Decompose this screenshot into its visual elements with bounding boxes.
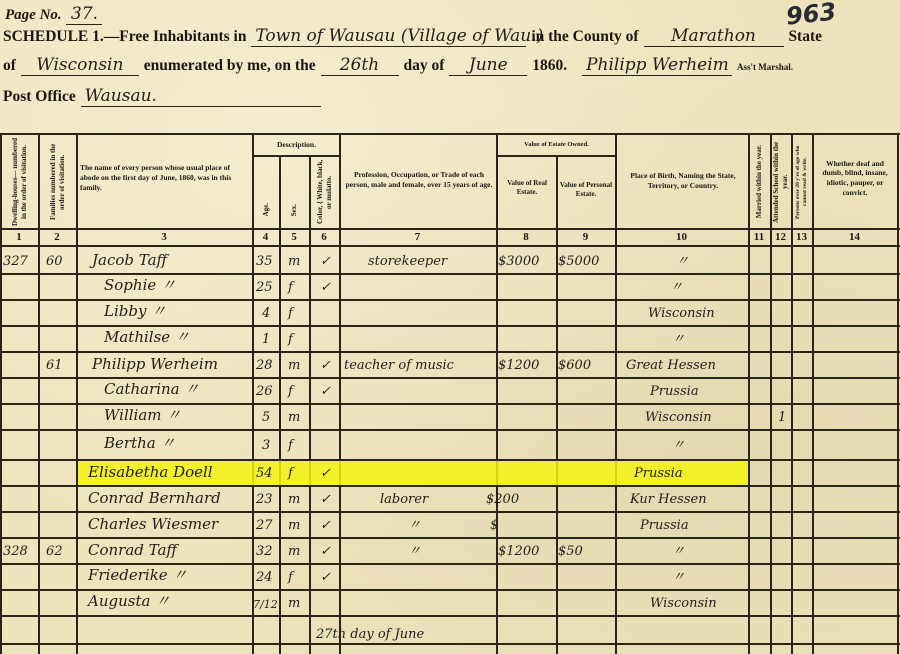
header-real-estate: Value of Real Estate. <box>500 173 554 203</box>
personal-estate-value: $600 <box>558 354 591 375</box>
birthplace: 〃 <box>676 250 689 271</box>
occupation: laborer <box>380 488 428 509</box>
occupation: 〃 <box>408 514 421 535</box>
birthplace: 〃 <box>670 276 683 297</box>
county-field: Marathon <box>671 26 756 46</box>
color-mark: ✓ <box>320 540 331 561</box>
header-occupation: Profession, Occupation, or Trade of each… <box>344 155 494 205</box>
colnum: 6 <box>309 229 339 245</box>
sex: m <box>288 488 300 509</box>
header-color: Color, { White, black, or mulatto. <box>311 157 339 227</box>
birthplace: Wisconsin <box>645 406 712 427</box>
colnum: 10 <box>615 229 748 245</box>
person-name: Conrad Taff <box>88 540 177 561</box>
person-name: Jacob Taff <box>92 250 167 271</box>
birthplace: 〃 <box>672 328 685 349</box>
birthplace: Wisconsin <box>650 592 717 613</box>
person-name: Mathilse 〃 <box>104 328 190 349</box>
sex: f <box>288 380 293 401</box>
person-name: William 〃 <box>104 406 181 427</box>
birthplace: Kur Hessen <box>630 488 707 509</box>
occupation-note: 27th day of June <box>316 623 424 644</box>
page-number-value: 37. <box>71 4 98 24</box>
sex: f <box>288 462 293 483</box>
person-name: Charles Wiesmer <box>88 514 218 535</box>
header-school: Attended School within the year. <box>772 137 791 227</box>
dwelling-number: 327 <box>3 250 28 271</box>
age: 23 <box>256 488 273 509</box>
person-name: Sophie 〃 <box>104 276 176 297</box>
color-mark: ✓ <box>320 566 331 587</box>
colnum: 5 <box>279 229 309 245</box>
age: 4 <box>262 302 270 323</box>
personal-estate-value: $5000 <box>558 250 599 271</box>
color-mark: ✓ <box>320 250 331 271</box>
sex: f <box>288 566 293 587</box>
post-office-line: Post Office Wausau. <box>3 86 321 107</box>
header-birthplace: Place of Birth, Naming the State, Territ… <box>620 161 746 201</box>
dwelling-number: 328 <box>3 540 28 561</box>
color-mark: ✓ <box>320 380 331 401</box>
header-dwelling: Dwelling-houses— numbered in the order o… <box>2 137 38 227</box>
age: 54 <box>256 462 273 483</box>
real-estate-value: $ <box>490 514 498 535</box>
colnum: 14 <box>812 229 897 245</box>
birthplace: 〃 <box>672 434 685 455</box>
sex: m <box>288 592 300 613</box>
age: 7/12 <box>253 592 278 613</box>
header-estate: Value of Estate Owned. <box>498 137 615 153</box>
person-name: Catharina 〃 <box>104 380 199 401</box>
colnum: 2 <box>38 229 76 245</box>
header-personal-estate: Value of Personal Estate. <box>559 173 613 207</box>
occupation: storekeeper <box>368 250 447 271</box>
age: 35 <box>256 250 273 271</box>
colnum: 13 <box>791 229 812 245</box>
age: 27 <box>256 514 273 535</box>
birthplace: Prussia <box>634 462 683 483</box>
occupation: 〃 <box>408 540 421 561</box>
person-name: Elisabetha Doell <box>88 462 213 483</box>
birthplace: Great Hessen <box>626 354 716 375</box>
month-field: June <box>469 55 508 75</box>
state-field: Wisconsin <box>36 55 123 75</box>
colnum: 8 <box>496 229 556 245</box>
person-name: Conrad Bernhard <box>88 488 221 509</box>
age: 26 <box>256 380 273 401</box>
header-description: Description. <box>254 137 339 153</box>
sex: m <box>288 540 300 561</box>
person-name: Friederike 〃 <box>88 566 187 587</box>
page-number: Page No. 37. <box>5 4 102 25</box>
real-estate-value: $1200 <box>498 540 539 561</box>
person-name: Bertha 〃 <box>104 434 175 455</box>
colnum: 7 <box>339 229 496 245</box>
town-field: Town of Wausau (Village of Wau.) <box>255 26 543 46</box>
birthplace: Prussia <box>640 514 689 535</box>
sex: m <box>288 406 300 427</box>
age: 28 <box>256 354 273 375</box>
sex: m <box>288 514 300 535</box>
day-field: 26th <box>340 55 379 75</box>
header-illiterate: Persons over 20 y'rs of age who cannot r… <box>793 137 812 227</box>
header-age: Age. <box>254 193 279 227</box>
header-name: The name of every person whose usual pla… <box>80 153 250 203</box>
sex: f <box>288 434 293 455</box>
occupation: teacher of music <box>344 354 454 375</box>
sex: f <box>288 328 293 349</box>
colnum: 12 <box>770 229 791 245</box>
header-disability: Whether deaf and dumb, blind, insane, id… <box>816 153 894 203</box>
colnum: 1 <box>0 229 38 245</box>
real-estate-value: $200 <box>486 488 519 509</box>
person-name: Libby 〃 <box>104 302 166 323</box>
personal-estate-value: $50 <box>558 540 583 561</box>
marshal-field: Philipp Werheim <box>586 55 729 75</box>
header-married: Married within the year. <box>750 137 770 227</box>
real-estate-value: $1200 <box>498 354 539 375</box>
family-number: 62 <box>46 540 63 561</box>
birthplace: Prussia <box>650 380 699 401</box>
age: 1 <box>262 328 270 349</box>
family-number: 61 <box>46 354 63 375</box>
color-mark: ✓ <box>320 488 331 509</box>
sex: f <box>288 302 293 323</box>
real-estate-value: $3000 <box>498 250 539 271</box>
age: 32 <box>256 540 273 561</box>
sex: f <box>288 276 293 297</box>
birthplace: 〃 <box>672 540 685 561</box>
table-top-border <box>0 133 900 135</box>
person-name: Augusta 〃 <box>88 592 170 613</box>
age: 25 <box>256 276 273 297</box>
colnum: 11 <box>748 229 770 245</box>
age: 3 <box>262 434 270 455</box>
sex: m <box>288 250 300 271</box>
schedule-title-line: SCHEDULE 1.—Free Inhabitants in Town of … <box>3 26 822 47</box>
color-mark: ✓ <box>320 462 331 483</box>
birthplace: 〃 <box>672 566 685 587</box>
color-mark: ✓ <box>320 276 331 297</box>
enumeration-line: of Wisconsin enumerated by me, on the 26… <box>3 55 793 76</box>
family-number: 60 <box>46 250 63 271</box>
header-family: Families numbered in the order of visita… <box>40 137 76 227</box>
post-office-field: Wausau. <box>85 86 157 106</box>
school-mark: 1 <box>778 406 786 427</box>
colnum: 9 <box>556 229 615 245</box>
colnum: 3 <box>76 229 252 245</box>
age: 24 <box>256 566 273 587</box>
color-mark: ✓ <box>320 354 331 375</box>
colnum: 4 <box>252 229 279 245</box>
birthplace: Wisconsin <box>648 302 715 323</box>
person-name: Philipp Werheim <box>92 354 218 375</box>
age: 5 <box>262 406 270 427</box>
color-mark: ✓ <box>320 514 331 535</box>
header-sex: Sex. <box>281 193 309 227</box>
sex: m <box>288 354 300 375</box>
census-table: Dwelling-houses— numbered in the order o… <box>0 133 900 654</box>
